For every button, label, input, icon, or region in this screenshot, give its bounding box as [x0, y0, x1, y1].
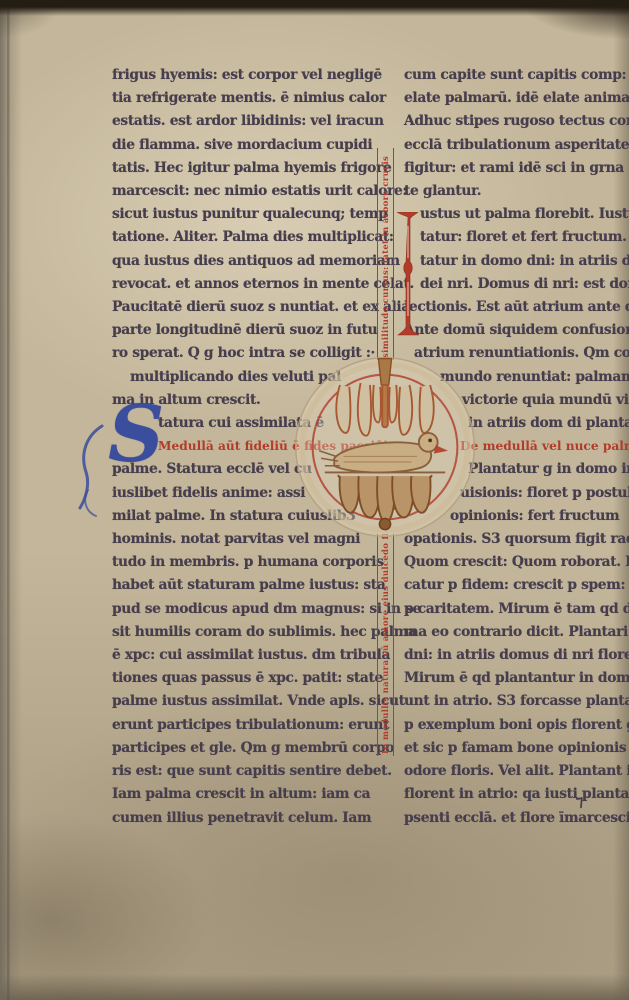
text-line: participes et gle. Qm g membrū corpo — [112, 737, 393, 760]
text-line: tudo in membris. p humana corporis — [112, 551, 393, 574]
text-line: tatur in domo dni: in atriis domus — [420, 250, 629, 273]
text-line: ma eo contrario dicit. Plantari in domo — [404, 621, 629, 644]
palm-trunk-strip-upper: similitudo cursus: latet in arbore cruci… — [377, 148, 394, 360]
bird-eye — [428, 439, 432, 443]
text-line: Paucitatē dierū suoz s nuntiat. et ex al… — [112, 296, 393, 319]
text-line: Iam palma crescit in altum: iam ca — [112, 783, 393, 806]
illuminated-initial-s: S — [90, 402, 160, 512]
text-line: marcescit: nec nimio estatis urit calore… — [112, 180, 393, 203]
text-line: tiones quas passus ē xpc. patit: state — [112, 667, 393, 690]
text-line: De medullā vel nuce palme — [460, 435, 629, 458]
initial-s-flourish — [76, 420, 146, 530]
palm-trunk-strip-lower: In medullis natura cū amore eius dulcedo… — [377, 534, 394, 756]
text-line: Plantatur g in domo in — [468, 458, 629, 481]
text-line: habet aūt staturam palme iustus: sta — [112, 574, 393, 597]
vertical-rubric-upper: similitudo cursus: latet in arbore cruci… — [380, 150, 392, 358]
text-line: palme iustus assimilat. Vnde apls. sicut — [112, 690, 393, 713]
text-line: tatis. Hec igitur palma hyemis frigore — [112, 157, 393, 180]
text-line: lectionis. Est aūt atrium ante domū — [404, 296, 629, 319]
text-line: qua iustus dies antiquos ad memoriam — [112, 250, 393, 273]
text-line: in atriis dom di plantat — [468, 412, 629, 435]
text-line: pud se modicus apud dm magnus: si in se — [112, 598, 393, 621]
vertical-rubric-lower: In medullis natura cū amore eius dulcedo… — [380, 536, 392, 754]
text-line: et sic p famam bone opinionis suam — [404, 737, 629, 760]
text-line: parte longitudinē dierū suoz in futu — [112, 319, 393, 342]
illuminated-initial-i — [396, 212, 420, 336]
text-line: florent in atrio: qa iusti plantant in — [404, 783, 629, 806]
text-line: tatur: floret et fert fructum. Plan — [420, 226, 629, 249]
text-line: dei nri. Domus di nri: est domus di — [420, 273, 629, 296]
text-line: ris est: que sunt capitis sentire debet. — [112, 760, 393, 783]
text-line: sit humilis coram do sublimis. hec palma — [112, 621, 393, 644]
text-line: ecclā tribulationum asperitate intue — [404, 134, 629, 157]
text-line: sicut iustus punitur qualecunq; temp — [112, 203, 393, 226]
text-line: uisionis: floret p postula — [460, 482, 629, 505]
text-line: ustus ut palma florebit. Iustus plā — [420, 203, 629, 226]
palm-stem — [378, 359, 391, 385]
text-line: die flamma. sive mordacium cupidi — [112, 134, 393, 157]
text-line: elate palmarū. idē elate animarum — [404, 87, 629, 110]
text-line: cum capite sunt capitis comp: que sic — [404, 64, 629, 87]
palm-medallion-illustration — [291, 353, 479, 541]
text-line: figitur: et rami idē sci in grna solida — [404, 157, 629, 180]
text-line: Mirum ē qd plantantur in domo: flor — [404, 667, 629, 690]
text-line: unt in atrio. S3 forcasse plantant — [404, 690, 629, 713]
text-line: odore floris. Vel alit. Plantant in domo — [404, 760, 629, 783]
text-line: tia refrigerate mentis. ē nimius calor — [112, 87, 393, 110]
text-line: p exemplum boni opis florent grie — [404, 714, 629, 737]
text-line: tatione. Aliter. Palma dies multiplicat: — [112, 226, 393, 249]
text-line: estatis. est ardor libidinis: vel iracun — [112, 110, 393, 133]
text-line: Adhuc stipes rugoso tectus cortice. idē — [404, 110, 629, 133]
text-line: victorie quia mundū vicit — [462, 389, 629, 412]
text-line: psenti ecclā. et flore īmarcescibili flo… — [404, 807, 629, 830]
bird-head — [419, 433, 438, 452]
text-line: revocat. et annos eternos in mente celat… — [112, 273, 393, 296]
text-line: catur p fidem: crescit p spem: robat — [404, 574, 629, 597]
text-line: dni: in atriis domus di nri florere — [404, 644, 629, 667]
text-line: Ante domū siquidem confusionis: est — [404, 319, 629, 342]
text-line: Quom crescit: Quom roborat. Radi — [404, 551, 629, 574]
text-line: erunt participes tribulationum: erunt — [112, 714, 393, 737]
text-line: te glantur. — [404, 180, 629, 203]
text-line: frigus hyemis: est corpor vel negligē — [112, 64, 393, 87]
text-line: cumen illius penetravit celum. Iam — [112, 807, 393, 830]
text-line: ē xpc: cui assimilat iustus. dm tribula — [112, 644, 393, 667]
text-line: p caritatem. Mirum ē tam qd de ipsa pal — [404, 598, 629, 621]
manuscript-page-photo: frigus hyemis: est corpor vel negligētia… — [0, 0, 629, 1000]
